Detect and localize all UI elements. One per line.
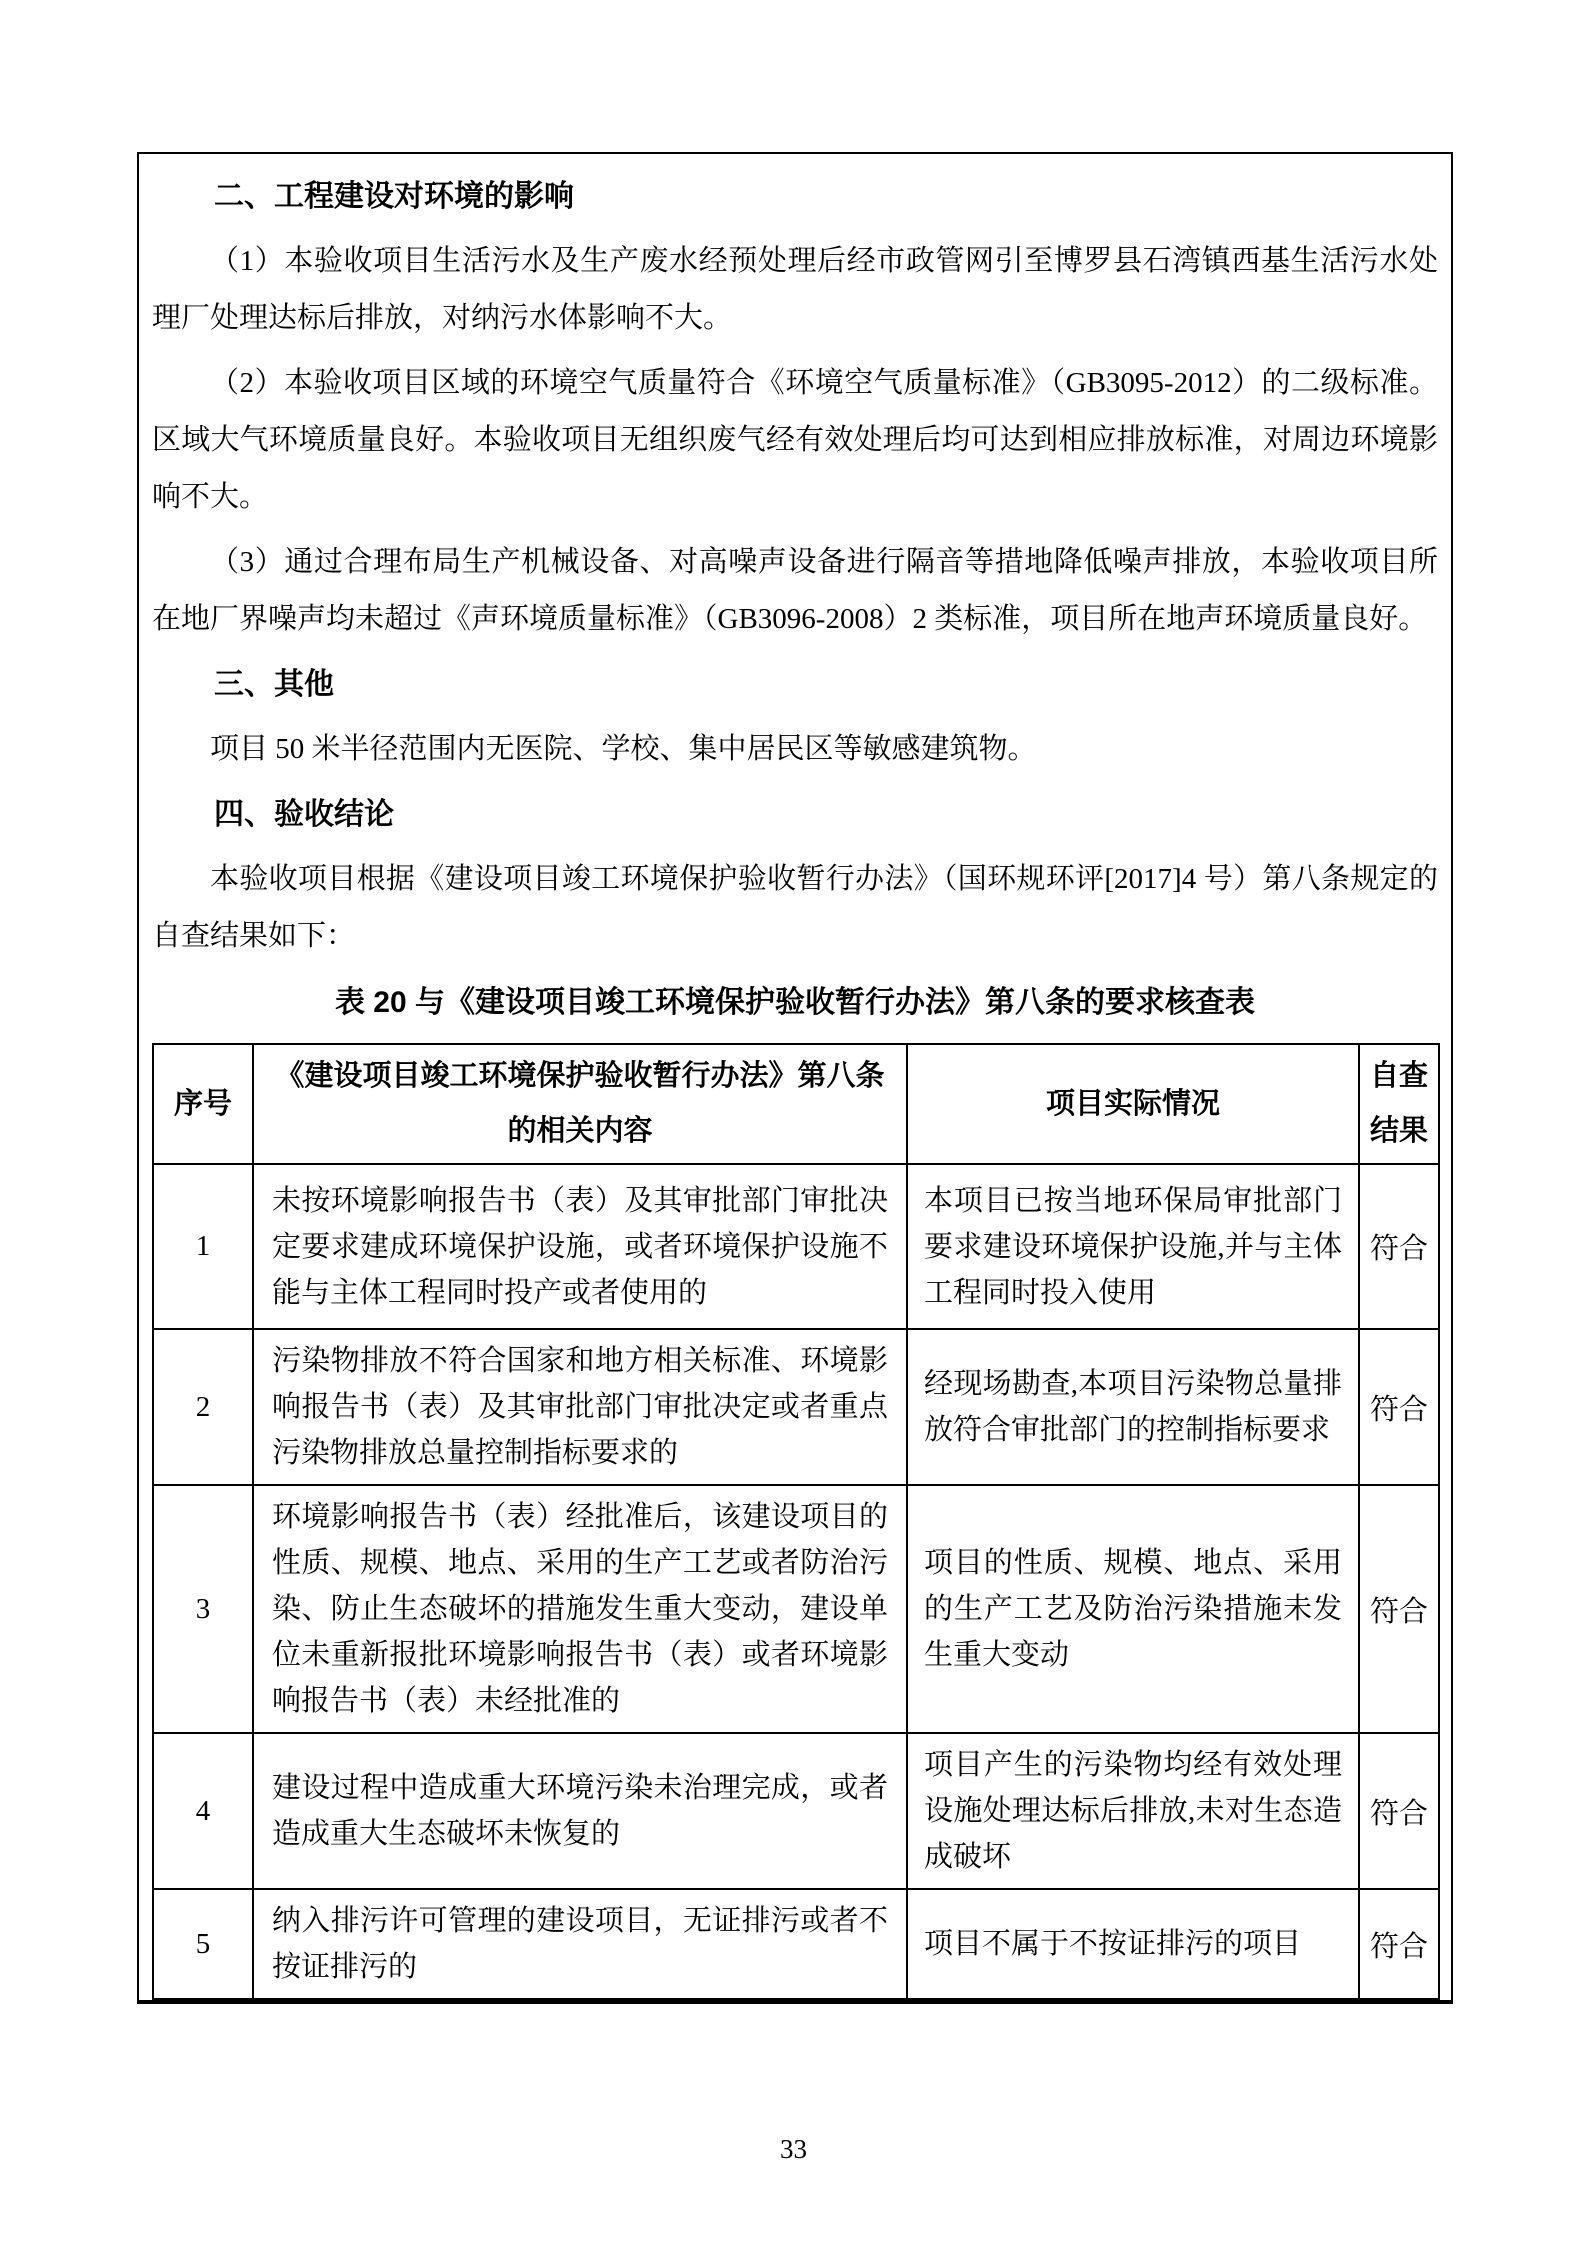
cell-index: 5 [153,1889,253,1999]
paragraph-air-quality: （2）本验收项目区域的环境空气质量符合《环境空气质量标准》（GB3095-201… [152,355,1438,526]
cell-requirement: 未按环境影响报告书（表）及其审批部门审批决定要求建成环境保护设施，或者环境保护设… [253,1164,907,1329]
table-header-row: 序号 《建设项目竣工环境保护验收暂行办法》第八条的相关内容 项目实际情况 自查结… [153,1044,1439,1164]
checklist-body: 1 未按环境影响报告书（表）及其审批部门审批决定要求建成环境保护设施，或者环境保… [153,1164,1439,1999]
cell-self-check-result: 符合 [1359,1889,1439,1999]
paragraph-self-check-intro: 本验收项目根据《建设项目竣工环境保护验收暂行办法》（国环规环评[2017]4 号… [152,851,1438,965]
paragraph-sensitive-buildings: 项目 50 米半径范围内无医院、学校、集中居民区等敏感建筑物。 [152,721,1438,778]
cell-index: 3 [153,1485,253,1733]
paragraph-noise: （3）通过合理布局生产机械设备、对高噪声设备进行隔音等措地降低噪声排放，本验收项… [152,534,1438,648]
paragraph-wastewater: （1）本验收项目生活污水及生产废水经预处理后经市政管网引至博罗县石湾镇西基生活污… [152,233,1438,347]
cell-self-check-result: 符合 [1359,1329,1439,1485]
cell-self-check-result: 符合 [1359,1485,1439,1733]
table-row: 4 建设过程中造成重大环境污染未治理完成，或者造成重大生态破坏未恢复的 项目产生… [153,1733,1439,1889]
cell-requirement: 纳入排污许可管理的建设项目，无证排污或者不按证排污的 [253,1889,907,1999]
cell-index: 4 [153,1733,253,1889]
section-heading-impact: 二、工程建设对环境的影响 [152,168,1438,225]
checklist-table: 序号 《建设项目竣工环境保护验收暂行办法》第八条的相关内容 项目实际情况 自查结… [152,1043,1440,2000]
cell-self-check-result: 符合 [1359,1164,1439,1329]
table-row: 2 污染物排放不符合国家和地方相关标准、环境影响报告书（表）及其审批部门审批决定… [153,1329,1439,1485]
page-number: 33 [0,2132,1587,2166]
cell-index: 2 [153,1329,253,1485]
header-actual-situation: 项目实际情况 [907,1044,1359,1164]
cell-actual-situation: 项目的性质、规模、地点、采用的生产工艺及防治污染措施未发生重大变动 [907,1485,1359,1733]
table-row: 5 纳入排污许可管理的建设项目，无证排污或者不按证排污的 项目不属于不按证排污的… [153,1889,1439,1999]
section-heading-conclusion: 四、验收结论 [152,786,1438,843]
cell-requirement: 污染物排放不符合国家和地方相关标准、环境影响报告书（表）及其审批部门审批决定或者… [253,1329,907,1485]
table-row: 1 未按环境影响报告书（表）及其审批部门审批决定要求建成环境保护设施，或者环境保… [153,1164,1439,1329]
cell-index: 1 [153,1164,253,1329]
table-title: 表 20 与《建设项目竣工环境保护验收暂行办法》第八条的要求核查表 [152,983,1438,1023]
cell-requirement: 环境影响报告书（表）经批准后，该建设项目的性质、规模、地点、采用的生产工艺或者防… [253,1485,907,1733]
cell-actual-situation: 项目产生的污染物均经有效处理设施处理达标后排放,未对生态造成破坏 [907,1733,1359,1889]
section-heading-other: 三、其他 [152,656,1438,713]
cell-self-check-result: 符合 [1359,1733,1439,1889]
cell-actual-situation: 项目不属于不按证排污的项目 [907,1889,1359,1999]
table-header: 序号 《建设项目竣工环境保护验收暂行办法》第八条的相关内容 项目实际情况 自查结… [153,1044,1439,1164]
header-index: 序号 [153,1044,253,1164]
header-requirement: 《建设项目竣工环境保护验收暂行办法》第八条的相关内容 [253,1044,907,1164]
cell-actual-situation: 经现场勘查,本项目污染物总量排放符合审批部门的控制指标要求 [907,1329,1359,1485]
content-box: 二、工程建设对环境的影响 （1）本验收项目生活污水及生产废水经预处理后经市政管网… [137,152,1453,2004]
header-self-check-result: 自查结果 [1359,1044,1439,1164]
table-row: 3 环境影响报告书（表）经批准后，该建设项目的性质、规模、地点、采用的生产工艺或… [153,1485,1439,1733]
cell-requirement: 建设过程中造成重大环境污染未治理完成，或者造成重大生态破坏未恢复的 [253,1733,907,1889]
cell-actual-situation: 本项目已按当地环保局审批部门要求建设环境保护设施,并与主体工程同时投入使用 [907,1164,1359,1329]
document-page: 二、工程建设对环境的影响 （1）本验收项目生活污水及生产废水经预处理后经市政管网… [0,0,1587,2245]
